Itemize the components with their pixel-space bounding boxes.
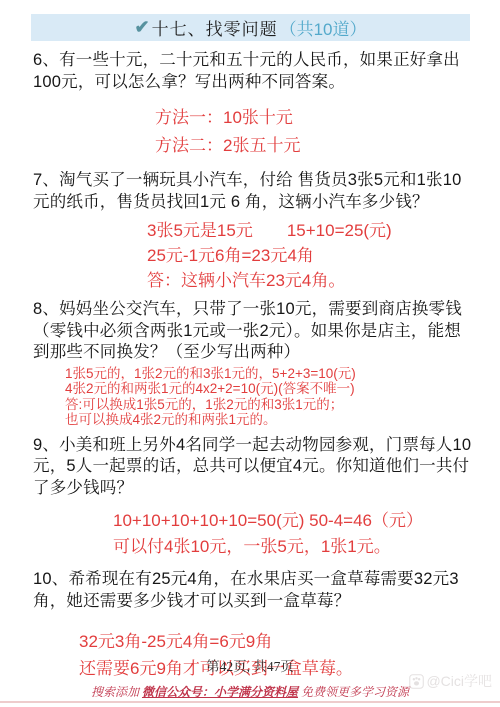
answer-lines: 10+10+10+10+10=50(元) 50-4=46（元）可以付4张10元，…: [113, 508, 472, 560]
answer-line: 1张5元的，1张2元的和3张1元的，5+2+3=10(元): [65, 366, 472, 382]
question-text: 7、淘气买了一辆玩具小汽车，付给 售货员3张5元和1张10元的纸币，售货员找回1…: [33, 170, 472, 213]
question-block: 7、淘气买了一辆玩具小汽车，付给 售货员3张5元和1张10元的纸币，售货员找回1…: [33, 170, 472, 293]
answer-line: 可以付4张10元，一张5元，1张1元。: [113, 534, 472, 560]
promo-link: 微信公众号：小学满分资料屋: [142, 685, 298, 699]
worksheet-page: ✔ 十七、找零问题 （共10道） 6、有一些十元，二十元和五十元的人民币，如果正…: [0, 0, 500, 707]
page-footer: 第42页, 共47页 搜索添加 微信公众号：小学满分资料屋 免费领更多学习资源 …: [0, 655, 500, 703]
answer-line: 也可以换成4张2元的和两张1元的。: [65, 412, 472, 428]
bottom-divider: [0, 701, 500, 703]
section-header: ✔ 十七、找零问题 （共10道）: [31, 14, 470, 41]
answer-line: 3张5元是15元 15+10=25(元): [147, 218, 472, 243]
answer-line: 4张2元的和两张1元的4x2+2=10(元)(答案不唯一): [65, 381, 472, 397]
question-block: 8、妈妈坐公交汽车，只带了一张10元，需要到商店换零钱（零钱中必须含两张1元或一…: [33, 299, 472, 428]
question-block: 6、有一些十元，二十元和五十元的人民币，如果正好拿出100元，可以怎么拿？写出两…: [33, 50, 472, 160]
watermark-text: @Cici学吧: [426, 671, 492, 691]
answer-lines: 3张5元是15元 15+10=25(元)25元-1元6角=23元4角答：这辆小汽…: [147, 218, 472, 293]
answer-line: 25元-1元6角=23元4角: [147, 243, 472, 268]
section-title: 十七、找零问题: [152, 15, 278, 40]
question-text: 8、妈妈坐公交汽车，只带了一张10元，需要到商店换零钱（零钱中必须含两张1元或一…: [33, 299, 472, 364]
question-text: 9、小美和班上另外4名同学一起去动物园参观，门票每人10元，5人一起票的话，总共…: [33, 435, 472, 500]
promo-prefix: 搜索添加: [91, 685, 142, 699]
question-text: 10、希希现在有25元4角，在水果店买一盒草莓需要32元3角，她还需要多少钱才可…: [33, 569, 472, 612]
answer-lines: 方法一：10张十元方法二：2张五十元: [155, 104, 472, 160]
promo-suffix: 免费领更多学习资源: [298, 685, 409, 699]
paw-icon: [409, 674, 424, 689]
answer-line: 答：这辆小汽车23元4角。: [147, 268, 472, 293]
answer-line: 方法二：2张五十元: [155, 132, 472, 160]
answer-line: 10+10+10+10+10=50(元) 50-4=46（元）: [113, 508, 472, 534]
answer-line: 答:可以换成1张5元的，1张2元的和3张1元的；: [65, 397, 472, 413]
answer-line: 32元3角-25元4角=6元9角: [79, 628, 472, 655]
question-block: 9、小美和班上另外4名同学一起去动物园参观，门票每人10元，5人一起票的话，总共…: [33, 435, 472, 561]
questions-list: 6、有一些十元，二十元和五十元的人民币，如果正好拿出100元，可以怎么拿？写出两…: [0, 50, 500, 682]
question-count-badge: （共10道）: [280, 15, 367, 40]
question-text: 6、有一些十元，二十元和五十元的人民币，如果正好拿出100元，可以怎么拿？写出两…: [33, 50, 472, 93]
checkmark-icon: ✔: [134, 17, 149, 38]
answer-lines: 1张5元的，1张2元的和3张1元的，5+2+3=10(元)4张2元的和两张1元的…: [65, 366, 472, 428]
answer-line: 方法一：10张十元: [155, 104, 472, 132]
watermark: @Cici学吧: [409, 671, 492, 691]
